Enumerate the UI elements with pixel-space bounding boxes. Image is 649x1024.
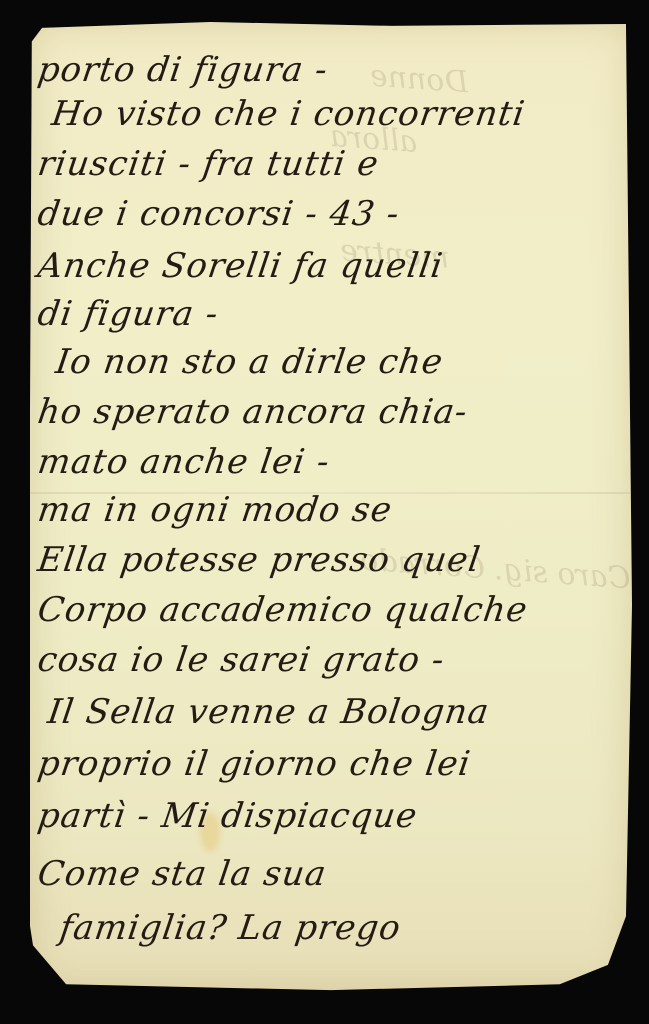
text-line: famiglia? La prego [57, 908, 403, 948]
text-line: Io non sto a dirle che [53, 342, 446, 382]
text-line: Ella potesse presso quel [35, 540, 483, 580]
text-line: di figura - [35, 294, 221, 334]
text-line: partì - Mi dispiacque [35, 796, 420, 836]
text-line: ma in ogni modo se [35, 490, 395, 530]
text-line: riusciti - fra tutti e [35, 144, 381, 184]
text-line: cosa io le sarei grato - [35, 640, 447, 680]
text-line: due i concorsi - 43 - [35, 194, 402, 234]
text-line: Anche Sorelli fa quelli [35, 246, 446, 286]
text-line: proprio il giorno che lei [35, 744, 473, 784]
text-line: Come sta la sua [35, 854, 329, 894]
text-line: ho sperato ancora chia- [35, 392, 470, 432]
text-line: Corpo accademico qualche [35, 590, 530, 630]
text-line: porto di figura - [35, 50, 330, 90]
text-line: mato anche lei - [35, 442, 332, 482]
text-line: Ho visto che i concorrenti [49, 94, 528, 134]
text-line: Il Sella venne a Bologna [45, 692, 492, 732]
